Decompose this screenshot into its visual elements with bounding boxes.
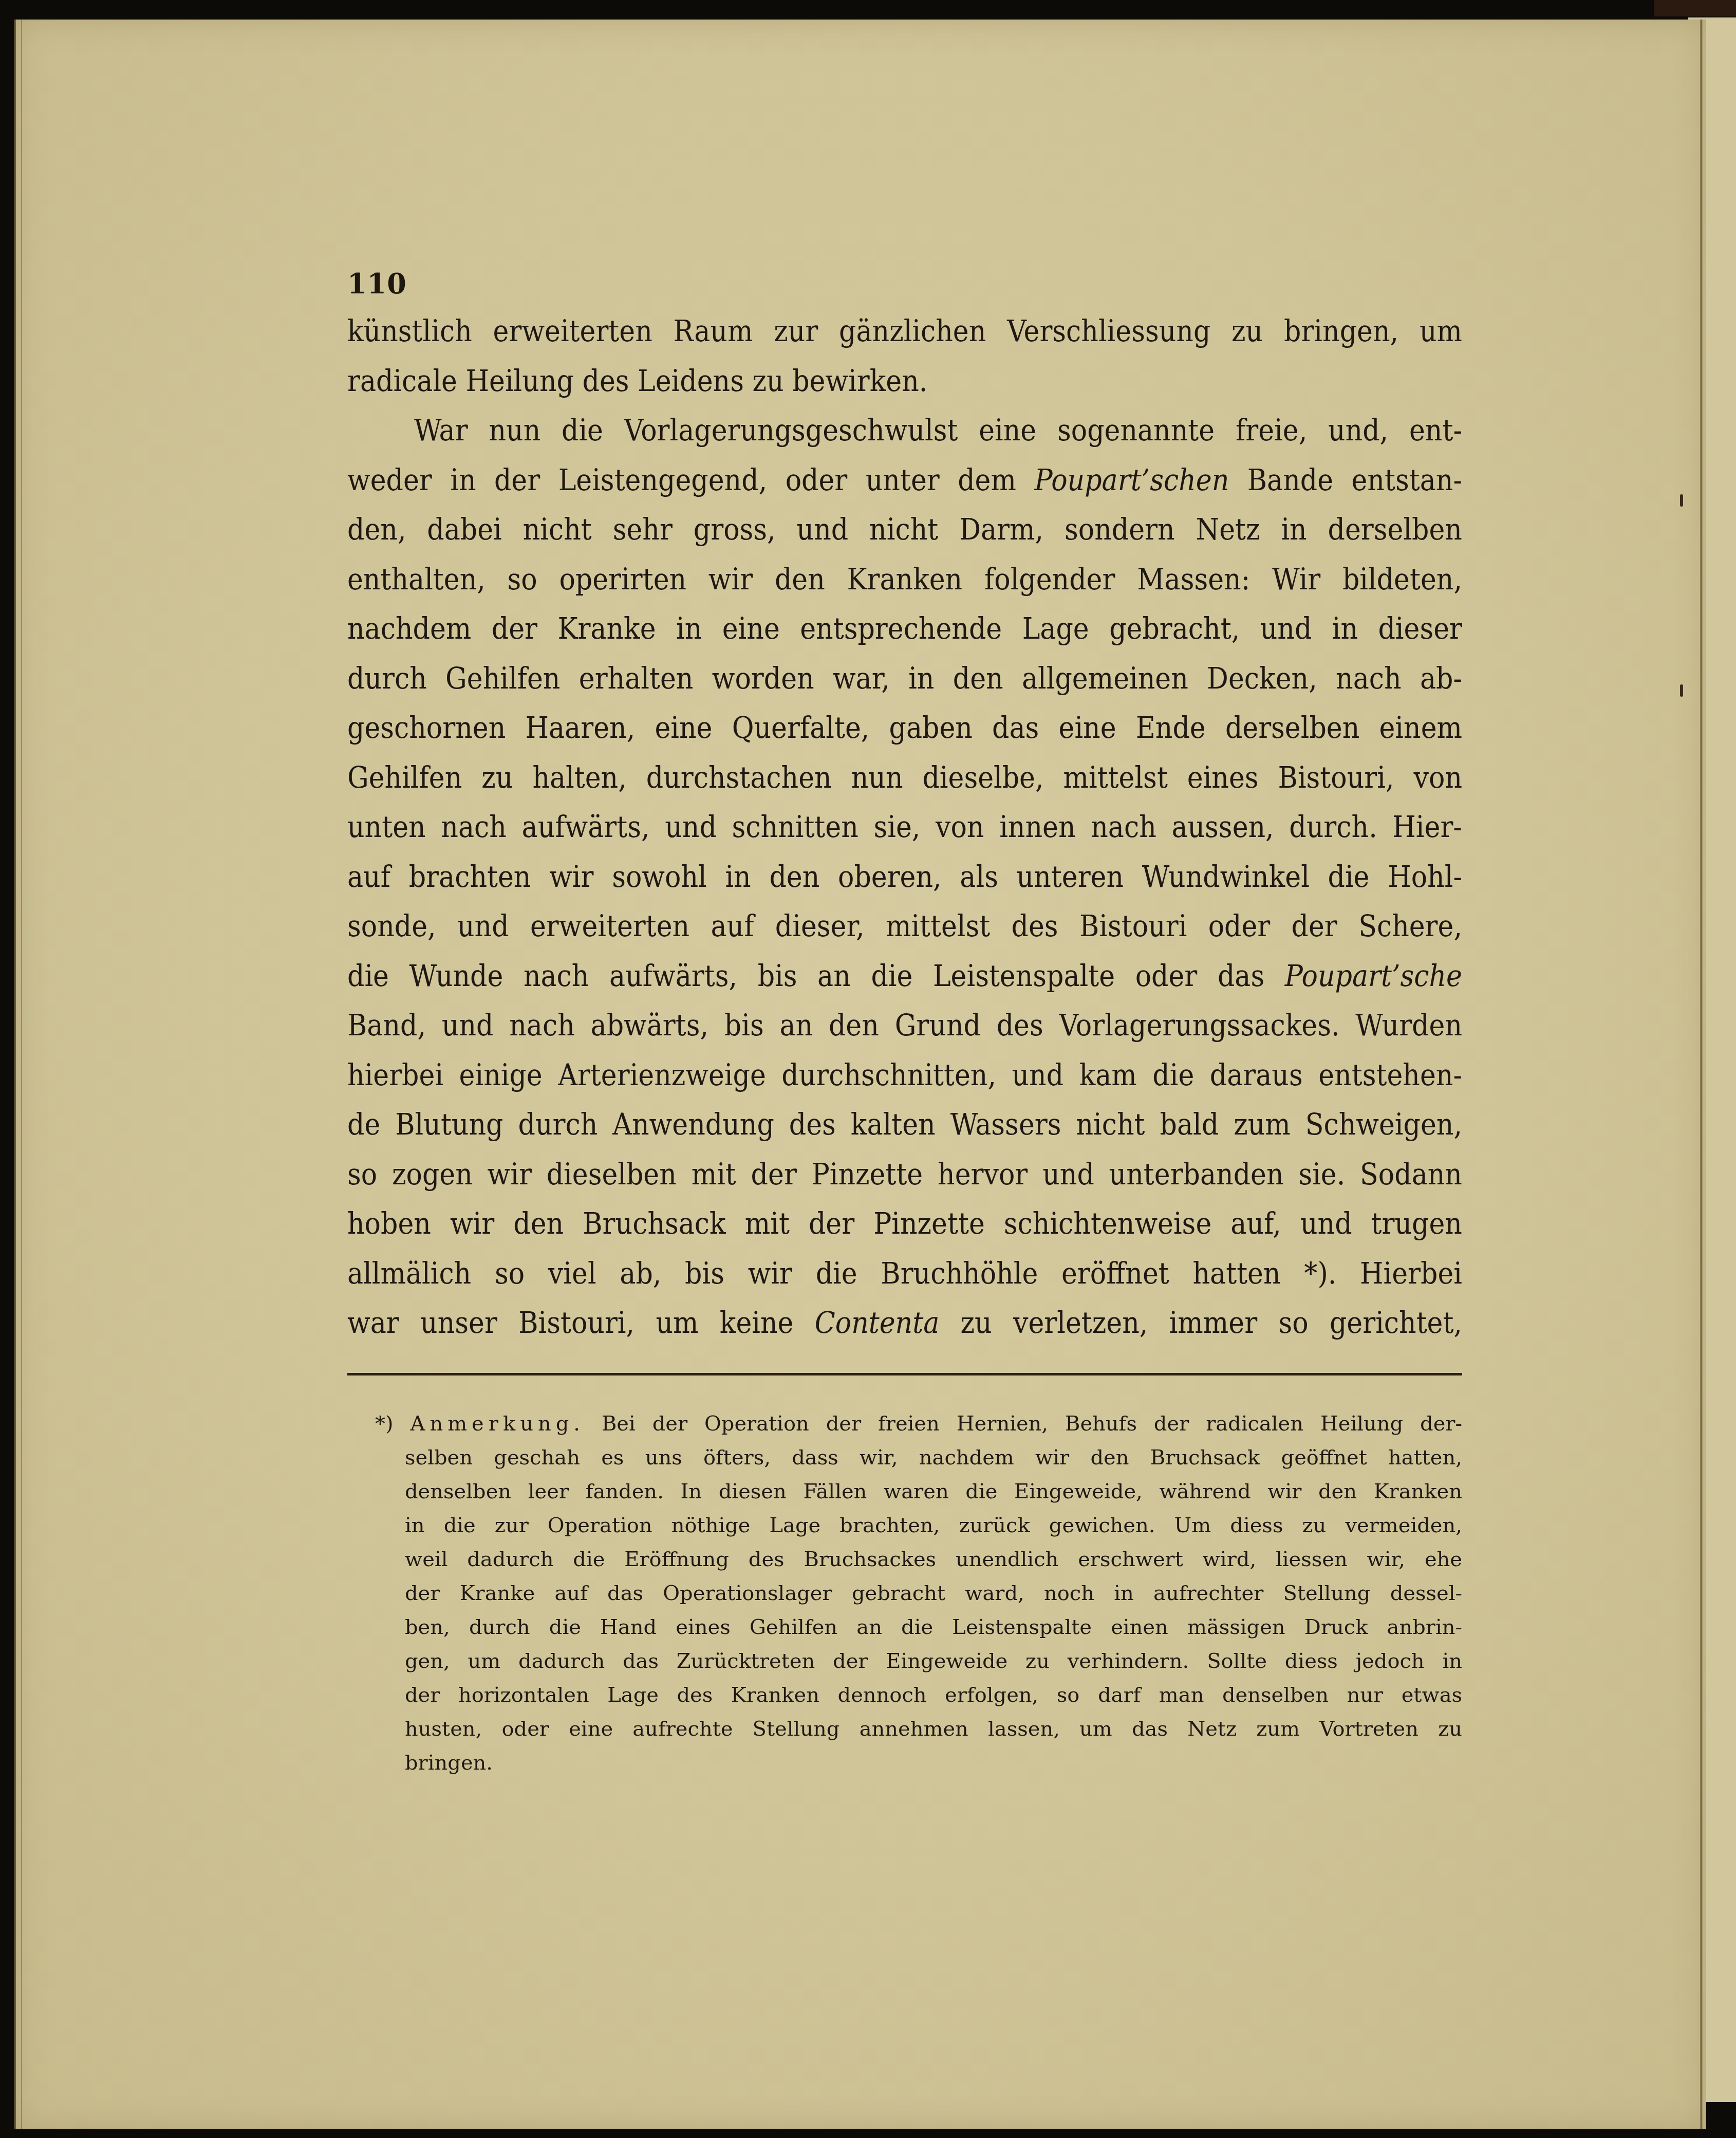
footnote-line: der Kranke auf das Operationslager gebra… <box>375 1576 1462 1610</box>
text-run: die Wunde nach aufwärts, bis an die Leis… <box>347 958 1285 993</box>
text-run: war unser Bistouri, um keine <box>347 1305 815 1340</box>
footnote-line: husten, oder eine aufrechte Stellung ann… <box>375 1712 1462 1746</box>
text-line: Band, und nach abwärts, bis an den Grund… <box>347 1000 1462 1050</box>
footnote-line: in die zur Operation nöthige Lage bracht… <box>375 1509 1462 1542</box>
footnote-divider <box>347 1373 1462 1375</box>
italic-term: Poupart’sche <box>1285 958 1462 993</box>
text-run: zu verletzen, immer so gerichtet, <box>939 1305 1462 1340</box>
text-line: unten nach aufwärts, und schnitten sie, … <box>347 802 1462 852</box>
text-line: sonde, und erweiterten auf dieser, mitte… <box>347 901 1462 951</box>
text-line: auf brachten wir sowohl in den oberen, a… <box>347 852 1462 902</box>
text-line: Gehilfen zu halten, durchstachen nun die… <box>347 753 1462 803</box>
footnote: *) Anmerkung. Bei der Operation der frei… <box>375 1407 1462 1780</box>
paragraph-start-line: War nun die Vorlagerungsgeschwulst eine … <box>347 405 1462 455</box>
binding-hole <box>1680 494 1683 507</box>
book-spine-edge <box>1654 0 1736 16</box>
text-line: de Blutung durch Anwendung des kalten Wa… <box>347 1100 1462 1149</box>
footnote-label: Anmerkung. <box>410 1412 585 1436</box>
text-line: hierbei einige Arterienzweige durchschni… <box>347 1050 1462 1100</box>
italic-term: Contenta <box>815 1305 939 1340</box>
footnote-line: *) Anmerkung. Bei der Operation der frei… <box>375 1407 1462 1441</box>
footnote-line: ben, durch die Hand eines Gehilfen an di… <box>375 1610 1462 1644</box>
text-line: nachdem der Kranke in eine entsprechende… <box>347 604 1462 654</box>
page-edge-line <box>21 20 22 2129</box>
page-number: 110 <box>347 267 407 300</box>
text-line: hoben wir den Bruchsack mit der Pinzette… <box>347 1199 1462 1249</box>
text-run: weder in der Leistengegend, oder unter d… <box>347 462 1034 497</box>
binding-hole <box>1680 684 1683 697</box>
text-line: allmälich so viel ab, bis wir die Bruchh… <box>347 1249 1462 1298</box>
text-line: geschornen Haaren, eine Querfalte, gaben… <box>347 703 1462 753</box>
footnote-line: gen, um dadurch das Zurücktreten der Ein… <box>375 1644 1462 1678</box>
footnote-line: weil dadurch die Eröffnung des Bruchsack… <box>375 1542 1462 1576</box>
text-line: so zogen wir dieselben mit der Pinzette … <box>347 1149 1462 1199</box>
text-line: radicale Heilung des Leidens zu bewirken… <box>347 356 1462 406</box>
footnote-marker: *) <box>375 1412 394 1436</box>
gutter-fold <box>1700 20 1703 2129</box>
text-line: enthalten, so operirten wir den Kranken … <box>347 554 1462 604</box>
italic-term: Poupart’schen <box>1034 462 1229 497</box>
body-text: künstlich erweiterten Raum zur gänzliche… <box>347 306 1462 1348</box>
text-run: Bande entstan- <box>1229 462 1462 497</box>
text-line: war unser Bistouri, um keine Contenta zu… <box>347 1298 1462 1348</box>
text-line: die Wunde nach aufwärts, bis an die Leis… <box>347 951 1462 1001</box>
text-run: Bei der Operation der freien Hernien, Be… <box>602 1412 1462 1436</box>
footnote-line: bringen. <box>375 1746 1462 1780</box>
text-line: durch Gehilfen erhalten worden war, in d… <box>347 654 1462 703</box>
footnote-line: denselben leer fanden. In diesen Fällen … <box>375 1475 1462 1509</box>
text-line: künstlich erweiterten Raum zur gänzliche… <box>347 306 1462 356</box>
text-line: den, dabei nicht sehr gross, und nicht D… <box>347 505 1462 554</box>
text-line: weder in der Leistengegend, oder unter d… <box>347 455 1462 505</box>
footnote-line: selben geschah es uns öfters, dass wir, … <box>375 1441 1462 1475</box>
footnote-line: der horizontalen Lage des Kranken dennoc… <box>375 1678 1462 1712</box>
